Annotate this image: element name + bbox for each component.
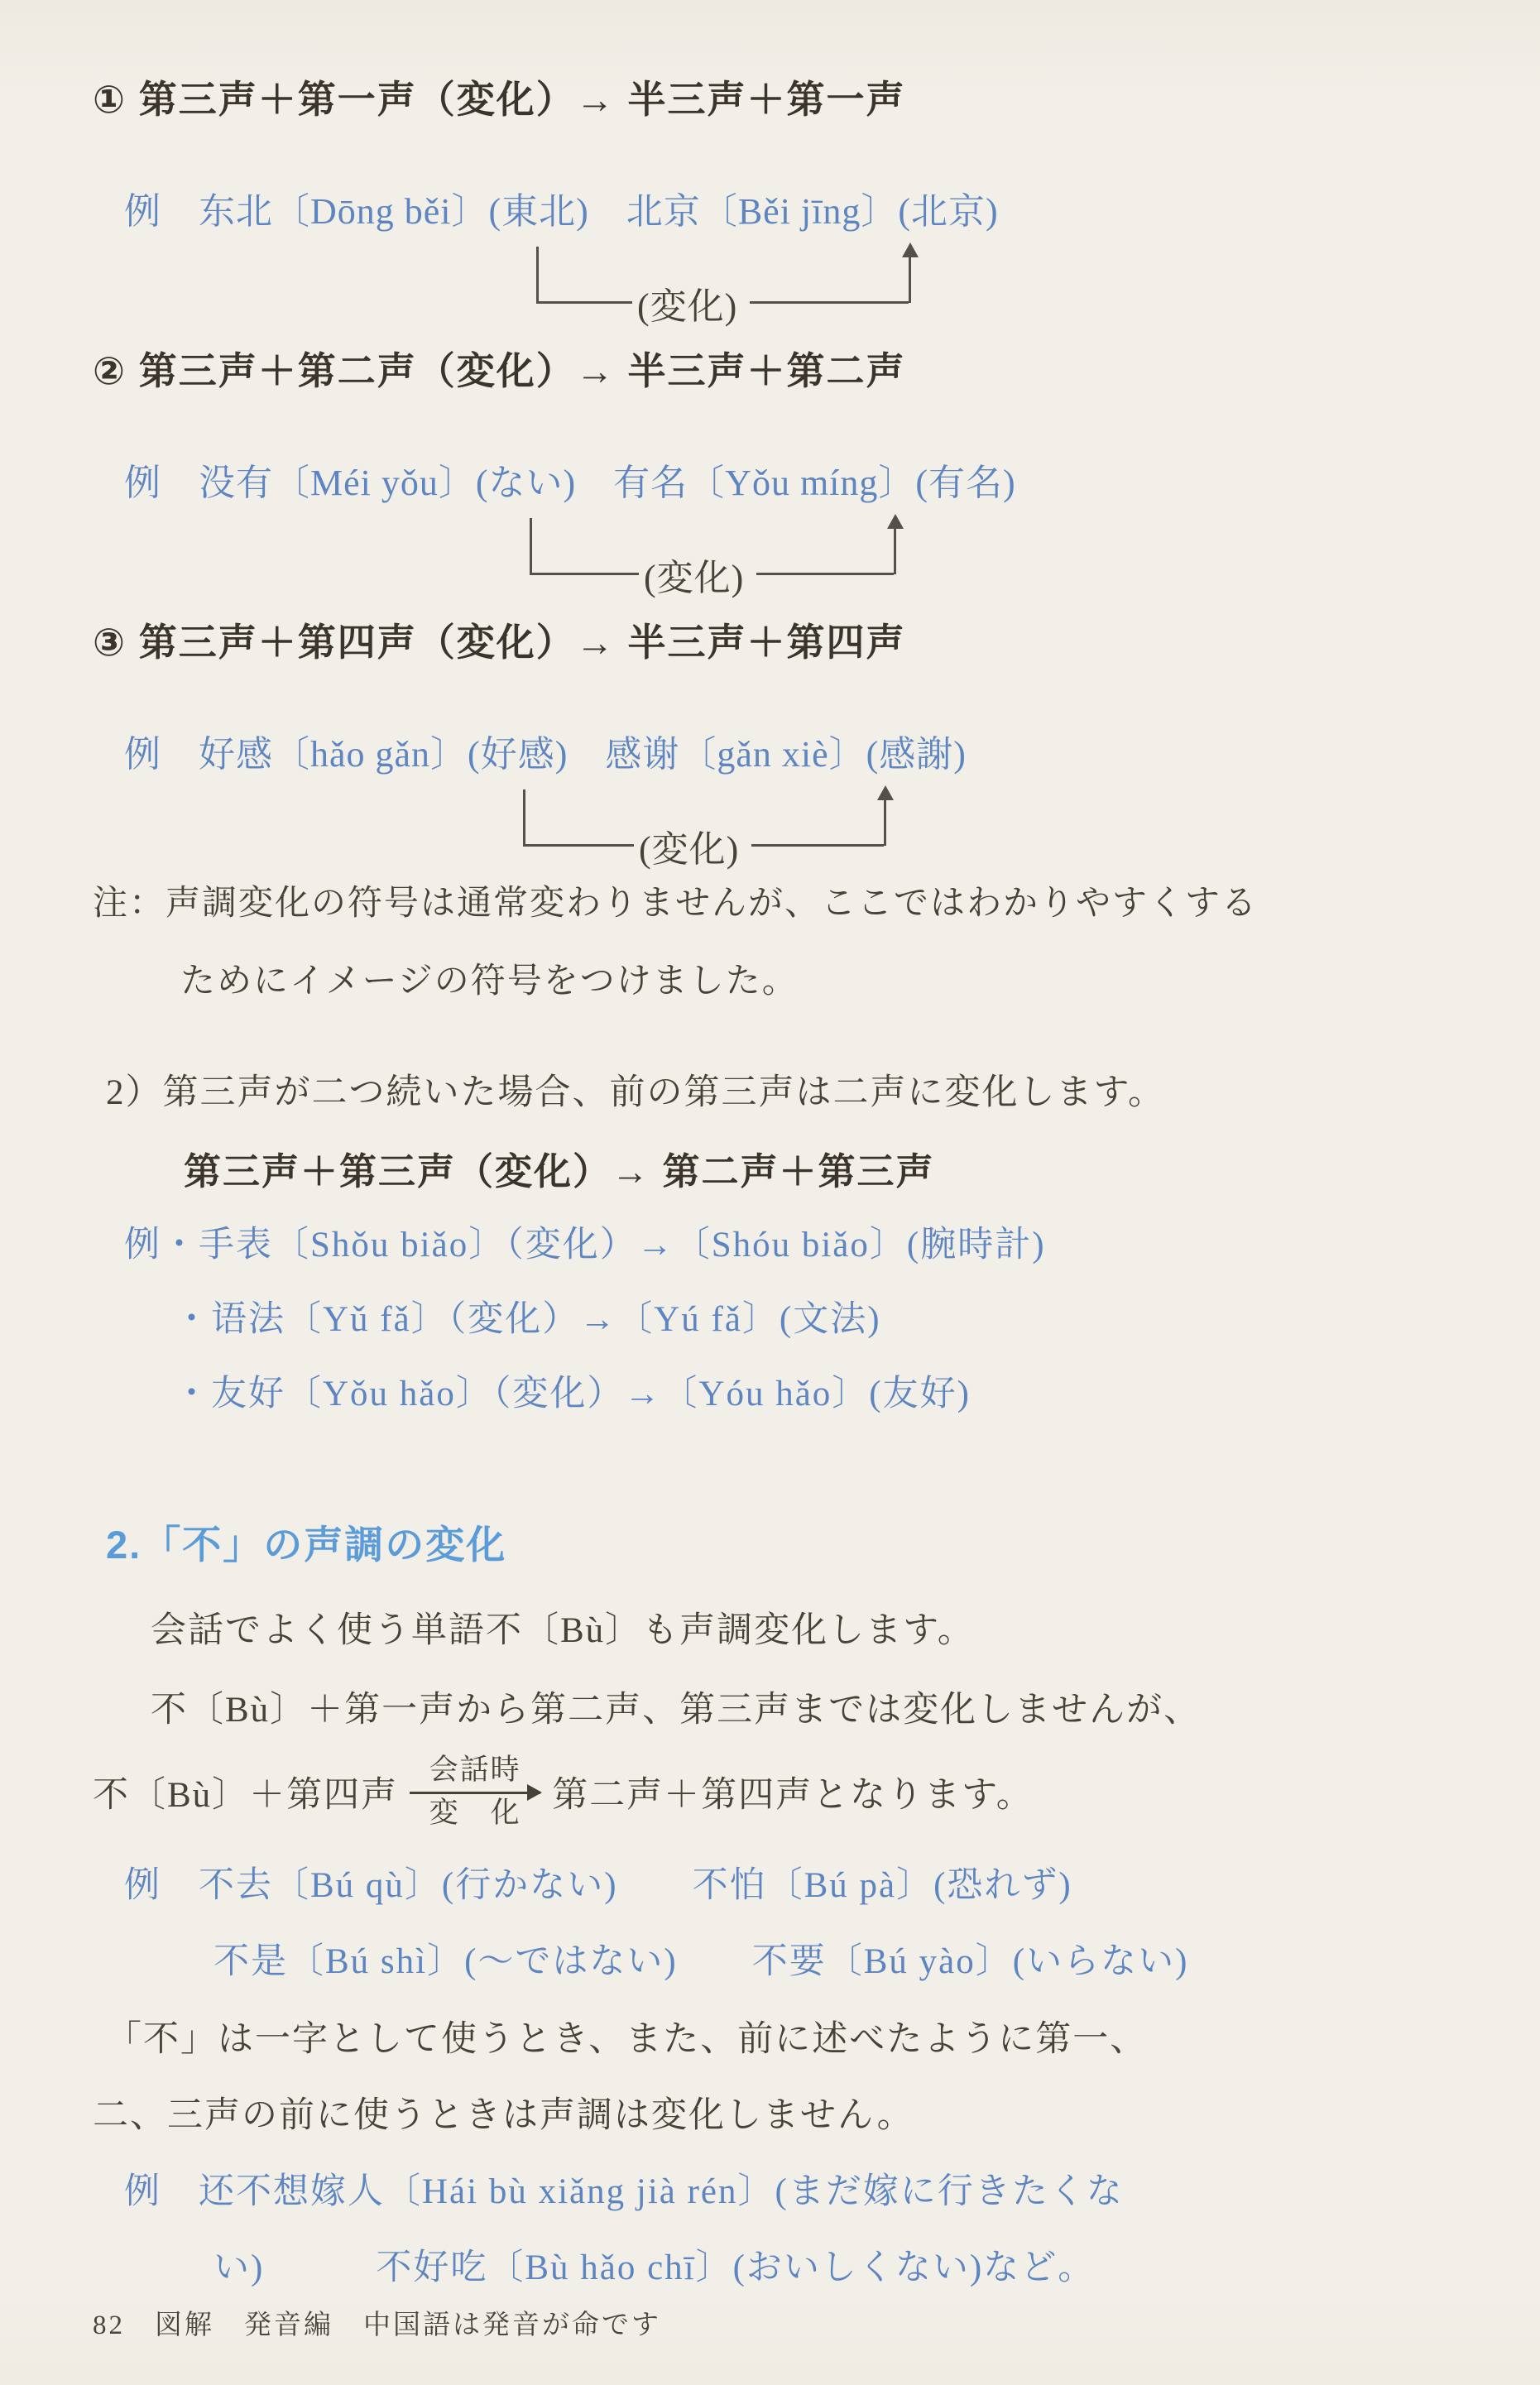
pair3-intro: 2）第三声が二つ続いた場合、前の第三声は二声に変化します。 [106,1071,1165,1116]
bu-section-heading: 2.「不」の声調の変化 [106,1521,506,1570]
rule3-change-connector: (変化) [0,789,1540,889]
pair3-rule: 第三声＋第三声（変化）→ 第二声＋第三声 [184,1149,935,1195]
bu-example-3-line-1: 例 还不想嫁人〔Hái bù xiǎng jià rén〕(まだ嫁に行きたくな [124,2170,1124,2215]
rule1-change-connector: (変化) [0,247,1540,346]
rule2-heading: ② 第三声＋第二声（変化）→ 半三声＋第二声 [93,348,906,396]
bu-example-2: 不是〔Bú shì〕(～ではない) 不要〔Bú yào〕(いらない) [213,1940,1188,1984]
change-label: (変化) [639,819,739,872]
connector-line [894,528,896,574]
bu-para-4: 「不」は一字として使うとき、また、前に述べたように第一、 [106,2018,1147,2062]
change-label: (変化) [637,276,737,329]
connector-line [750,301,909,304]
bu-para-2: 不〔Bù〕＋第一声から第二声、第三声までは変化しませんが、 [151,1688,1201,1733]
rule2-change-connector: (変化) [0,518,1540,617]
bu-para-3-right: 第二声＋第四声となります。 [552,1767,1034,1817]
connector-line [530,573,639,575]
connector-line [530,518,532,574]
connector-line [536,247,539,303]
textbook-page: ① 第三声＋第一声（変化）→ 半三声＋第一声 例 东北〔Dōng běi〕(東北… [0,0,1540,2385]
annotation-bottom-label: 変 化 [429,1797,521,1830]
pair3-example-3: ・友好〔Yǒu hǎo〕（変化）→〔Yóu hǎo〕(友好) [174,1372,971,1417]
rule1-example: 例 东北〔Dōng běi〕(東北) 北京〔Běi jīng〕(北京) [124,189,999,234]
arrow-up-icon [902,242,919,257]
rule3-heading: ③ 第三声＋第四声（変化）→ 半三声＋第四声 [93,619,906,667]
connector-line [909,257,911,303]
conversation-change-annotation: 会話時 変 化 [410,1754,540,1829]
connector-line [523,844,634,847]
connector-line [751,844,884,847]
page-footer: 82 図解 発音編 中国語は発音が命です [93,2309,661,2343]
rule1-heading: ① 第三声＋第一声（変化）→ 半三声＋第一声 [93,76,906,124]
note-line-2: ためにイメージの符号をつけました。 [180,960,799,1004]
arrow-up-icon [877,785,894,800]
connector-line [884,799,886,846]
change-label: (変化) [644,548,744,601]
arrow-right-icon [410,1792,540,1794]
connector-line [756,573,894,575]
bu-para-3-left: 不〔Bù〕＋第四声 [93,1767,398,1817]
rule3-example: 例 好感〔hǎo gǎn〕(好感) 感谢〔gǎn xiè〕(感謝) [124,732,967,777]
annotation-top-label: 会話時 [429,1754,521,1787]
pair3-example-2: ・语法〔Yǔ fǎ〕（変化）→〔Yú fǎ〕(文法) [174,1298,881,1342]
arrow-up-icon [887,514,904,529]
bu-example-1: 例 不去〔Bú qù〕(行かない) 不怕〔Bú pà〕(恐れず) [124,1864,1072,1908]
note-line-1: 注：声調変化の符号は通常変わりませんが、ここではわかりやすくする [93,882,1258,926]
bu-para-3: 不〔Bù〕＋第四声 会話時 変 化 第二声＋第四声となります。 [93,1730,1034,1854]
connector-line [536,301,632,304]
rule2-example: 例 没有〔Méi yǒu〕(ない) 有名〔Yǒu míng〕(有名) [124,460,1016,506]
bu-example-3-line-2: い) 不好吃〔Bù hǎo chī〕(おいしくない)など。 [213,2246,1095,2291]
bu-para-1: 会話でよく使う単語不〔Bù〕も声調変化します。 [151,1609,975,1653]
connector-line [523,789,525,846]
pair3-example-1: 例・手表〔Shǒu biǎo〕（変化）→〔Shóu biǎo〕(腕時計) [124,1223,1046,1268]
bu-para-5: 二、三声の前に使うときは声調は変化しません。 [93,2094,914,2138]
